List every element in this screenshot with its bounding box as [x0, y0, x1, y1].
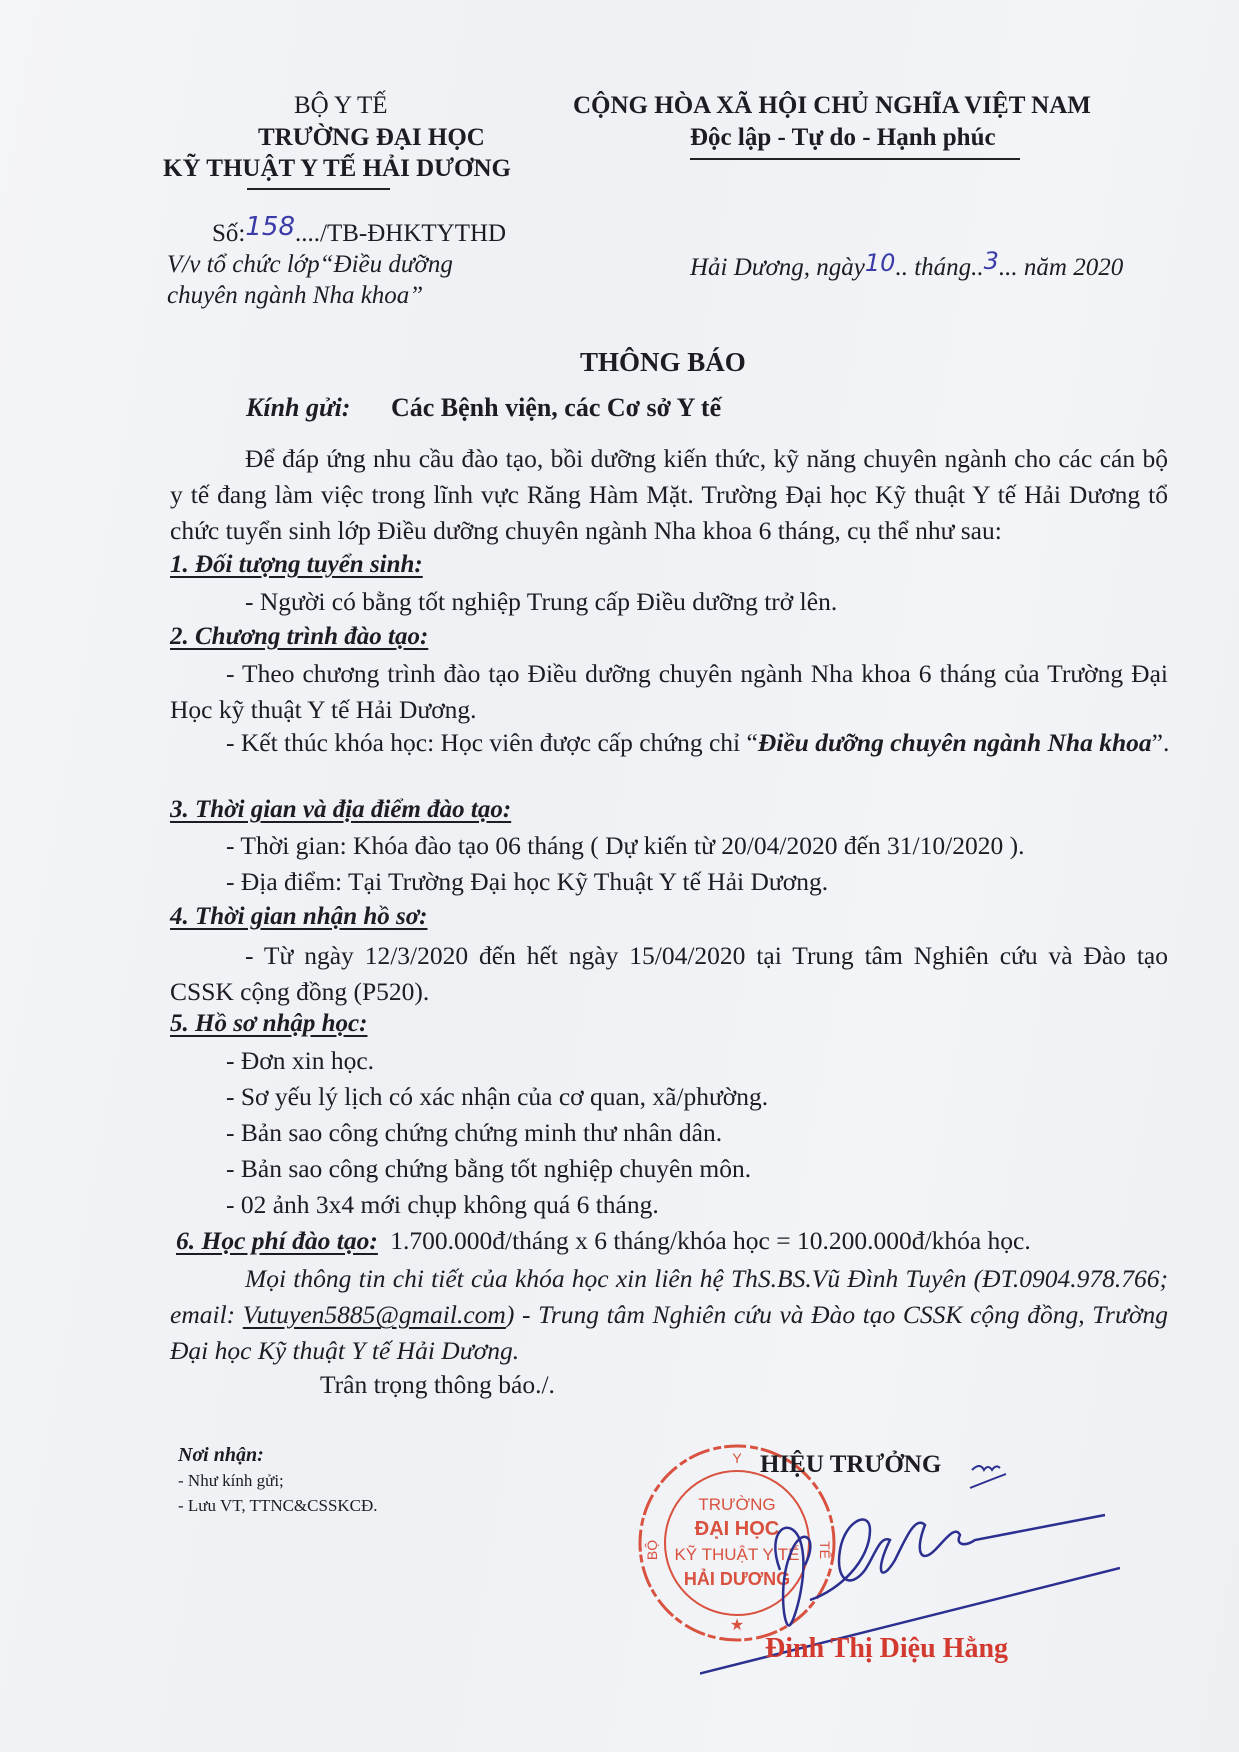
intro-paragraph: Để đáp ứng nhu cầu đào tạo, bồi dưỡng ki…	[170, 441, 1168, 549]
section-heading-6: 6. Học phí đào tạo:	[176, 1226, 378, 1255]
section-1-item: - Người có bằng tốt nghiệp Trung cấp Điề…	[245, 587, 837, 617]
section-2-item-certificate: - Kết thúc khóa học: Học viên được cấp c…	[226, 728, 1168, 758]
handwritten-day: 10	[865, 249, 896, 277]
recipients-item: - Lưu VT, TTNC&CSSKCĐ.	[178, 1496, 378, 1516]
document-item: - Bản sao công chứng chứng minh thư nhân…	[226, 1118, 722, 1148]
subject-line2: chuyên ngành Nha khoa”	[167, 282, 423, 310]
certificate-name: Điều dưỡng chuyên ngành Nha khoa	[758, 728, 1152, 757]
nation-title: CỘNG HÒA XÃ HỘI CHỦ NGHĨA VIỆT NAM	[573, 92, 1091, 120]
document-item: - Bản sao công chứng bằng tốt nghiệp chu…	[226, 1154, 751, 1184]
section-3-item-time: - Thời gian: Khóa đào tạo 06 tháng ( Dự …	[226, 831, 1024, 861]
motto-underline	[690, 158, 1020, 160]
stamp-ring-left: BỘ	[644, 1540, 660, 1560]
section-heading-2: 2. Chương trình đào tạo:	[170, 623, 428, 651]
tuition-value: 1.700.000đ/tháng x 6 tháng/khóa học = 10…	[390, 1226, 1030, 1255]
recipient-value: Các Bệnh viện, các Cơ sở Y tế	[391, 393, 721, 422]
subject-line1: V/v tổ chức lớp“Điều dưỡng	[167, 251, 453, 279]
recipients-label: Nơi nhận:	[178, 1444, 264, 1467]
section-heading-5: 5. Hồ sơ nhập học:	[170, 1010, 367, 1038]
signer-name: Đinh Thị Diệu Hằng	[765, 1633, 1008, 1665]
school-name-line1: TRƯỜNG ĐẠI HỌC	[258, 124, 485, 152]
tuition-line: 6. Học phí đào tạo: 1.700.000đ/tháng x 6…	[176, 1226, 1031, 1256]
handwritten-month: 3	[984, 247, 999, 275]
recipients-item: - Như kính gửi;	[178, 1471, 284, 1491]
contact-email-link[interactable]: Vutuyen5885@gmail.com	[243, 1300, 506, 1329]
recipient-label: Kính gửi:	[246, 393, 350, 422]
issue-date: Hải Dương, ngày10.. tháng..3... năm 2020	[690, 253, 1123, 282]
nation-motto: Độc lập - Tự do - Hạnh phúc	[690, 124, 996, 152]
recipient-line: Kính gửi: Các Bệnh viện, các Cơ sở Y tế	[246, 393, 721, 423]
document-item: - 02 ảnh 3x4 mới chụp không quá 6 tháng.	[226, 1190, 659, 1220]
section-2-item-program: - Theo chương trình đào tạo Điều dưỡng c…	[170, 656, 1168, 728]
handwritten-number: 158	[245, 212, 295, 242]
section-3-item-place: - Địa điểm: Tại Trường Đại học Kỹ Thuật …	[226, 867, 828, 897]
document-item: - Sơ yếu lý lịch có xác nhận của cơ quan…	[226, 1082, 768, 1112]
document-title: THÔNG BÁO	[580, 347, 746, 378]
header-left-underline	[247, 188, 390, 190]
document-number: Số:158..../TB-ĐHKTYTHD	[212, 218, 506, 248]
closing-line: Trân trọng thông báo./.	[320, 1370, 555, 1400]
section-heading-4: 4. Thời gian nhận hồ sơ:	[170, 903, 427, 931]
section-heading-3: 3. Thời gian và địa điểm đào tạo:	[170, 796, 511, 824]
section-heading-1: 1. Đối tượng tuyển sinh:	[170, 551, 423, 579]
ministry-name: BỘ Y TẾ	[294, 92, 388, 120]
school-name-line2: KỸ THUẬT Y TẾ HẢI DƯƠNG	[163, 155, 511, 183]
section-4-item: - Từ ngày 12/3/2020 đến hết ngày 15/04/2…	[170, 938, 1168, 1010]
document-item: - Đơn xin học.	[226, 1046, 374, 1076]
contact-paragraph: Mọi thông tin chi tiết của khóa học xin …	[170, 1261, 1168, 1369]
